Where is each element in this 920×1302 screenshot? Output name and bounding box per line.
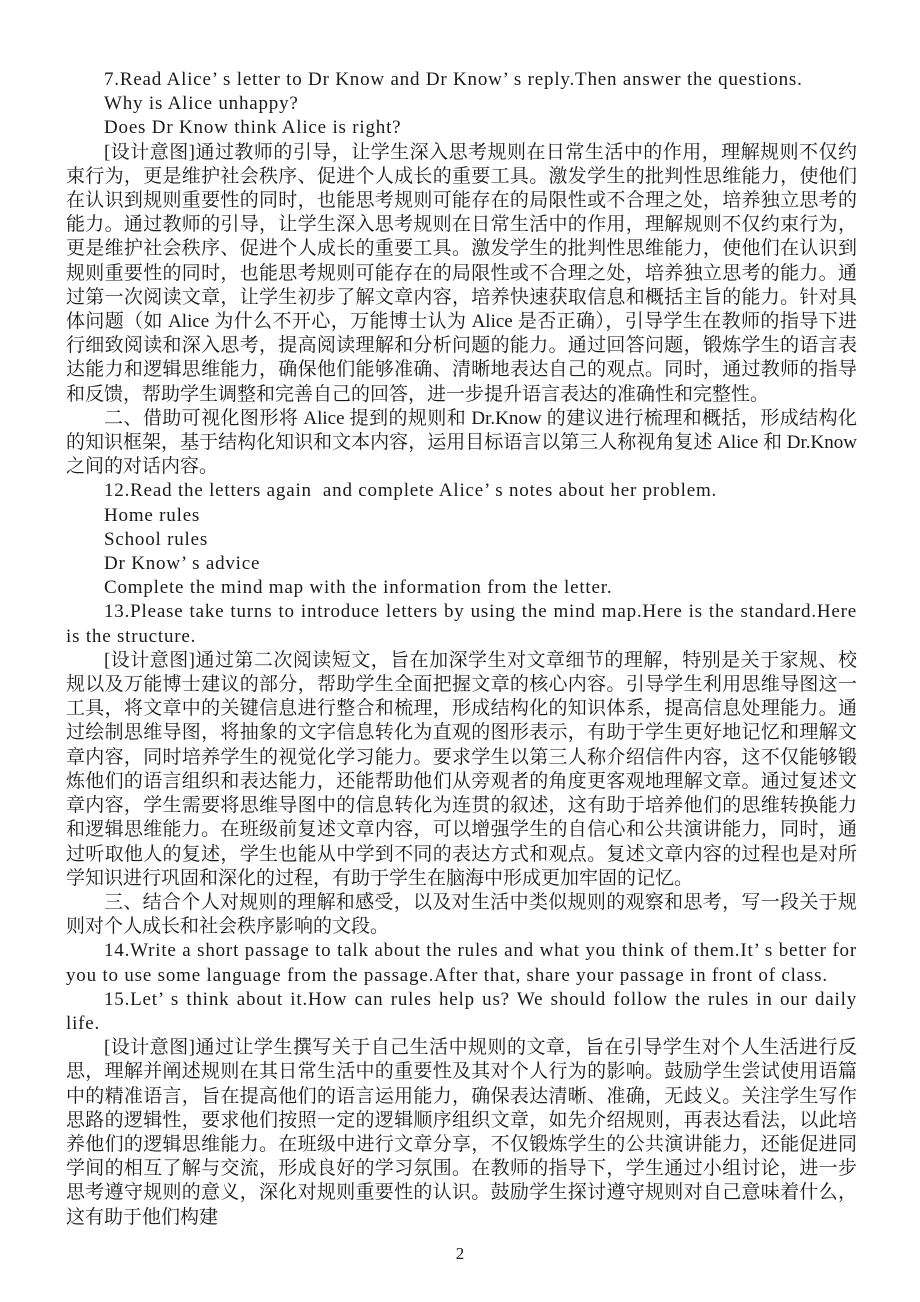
document-paragraph: 14.Write a short passage to talk about t…: [66, 939, 857, 987]
document-paragraph: 12.Read the letters again and complete A…: [66, 479, 857, 503]
page-number: 2: [456, 1244, 465, 1263]
document-paragraph: 三、结合个人对规则的理解和感受，以及对生活中类似规则的观察和思考，写一段关于规则…: [66, 891, 857, 939]
document-paragraph: [设计意图]通过第二次阅读短文，旨在加深学生对文章细节的理解，特别是关于家规、校…: [66, 649, 857, 891]
document-body: 7.Read Alice’ s letter to Dr Know and Dr…: [66, 68, 857, 1230]
document-paragraph: 15.Let’ s think about it.How can rules h…: [66, 988, 857, 1036]
document-paragraph: 二、借助可视化图形将 Alice 提到的规则和 Dr.Know 的建议进行梳理和…: [66, 407, 857, 480]
document-page: 7.Read Alice’ s letter to Dr Know and Dr…: [0, 0, 920, 1302]
document-paragraph: Home rules: [66, 504, 857, 528]
document-paragraph: School rules: [66, 528, 857, 552]
document-paragraph: Dr Know’ s advice: [66, 552, 857, 576]
document-paragraph: [设计意图]通过让学生撰写关于自己生活中规则的文章，旨在引导学生对个人生活进行反…: [66, 1036, 857, 1230]
document-paragraph: 13.Please take turns to introduce letter…: [66, 600, 857, 648]
page-footer: 2: [0, 1244, 920, 1264]
document-paragraph: [设计意图]通过教师的引导，让学生深入思考规则在日常生活中的作用，理解规则不仅约…: [66, 141, 857, 407]
document-paragraph: 7.Read Alice’ s letter to Dr Know and Dr…: [66, 68, 857, 92]
document-paragraph: Why is Alice unhappy?: [66, 92, 857, 116]
document-paragraph: Complete the mind map with the informati…: [66, 576, 857, 600]
document-paragraph: Does Dr Know think Alice is right?: [66, 116, 857, 140]
